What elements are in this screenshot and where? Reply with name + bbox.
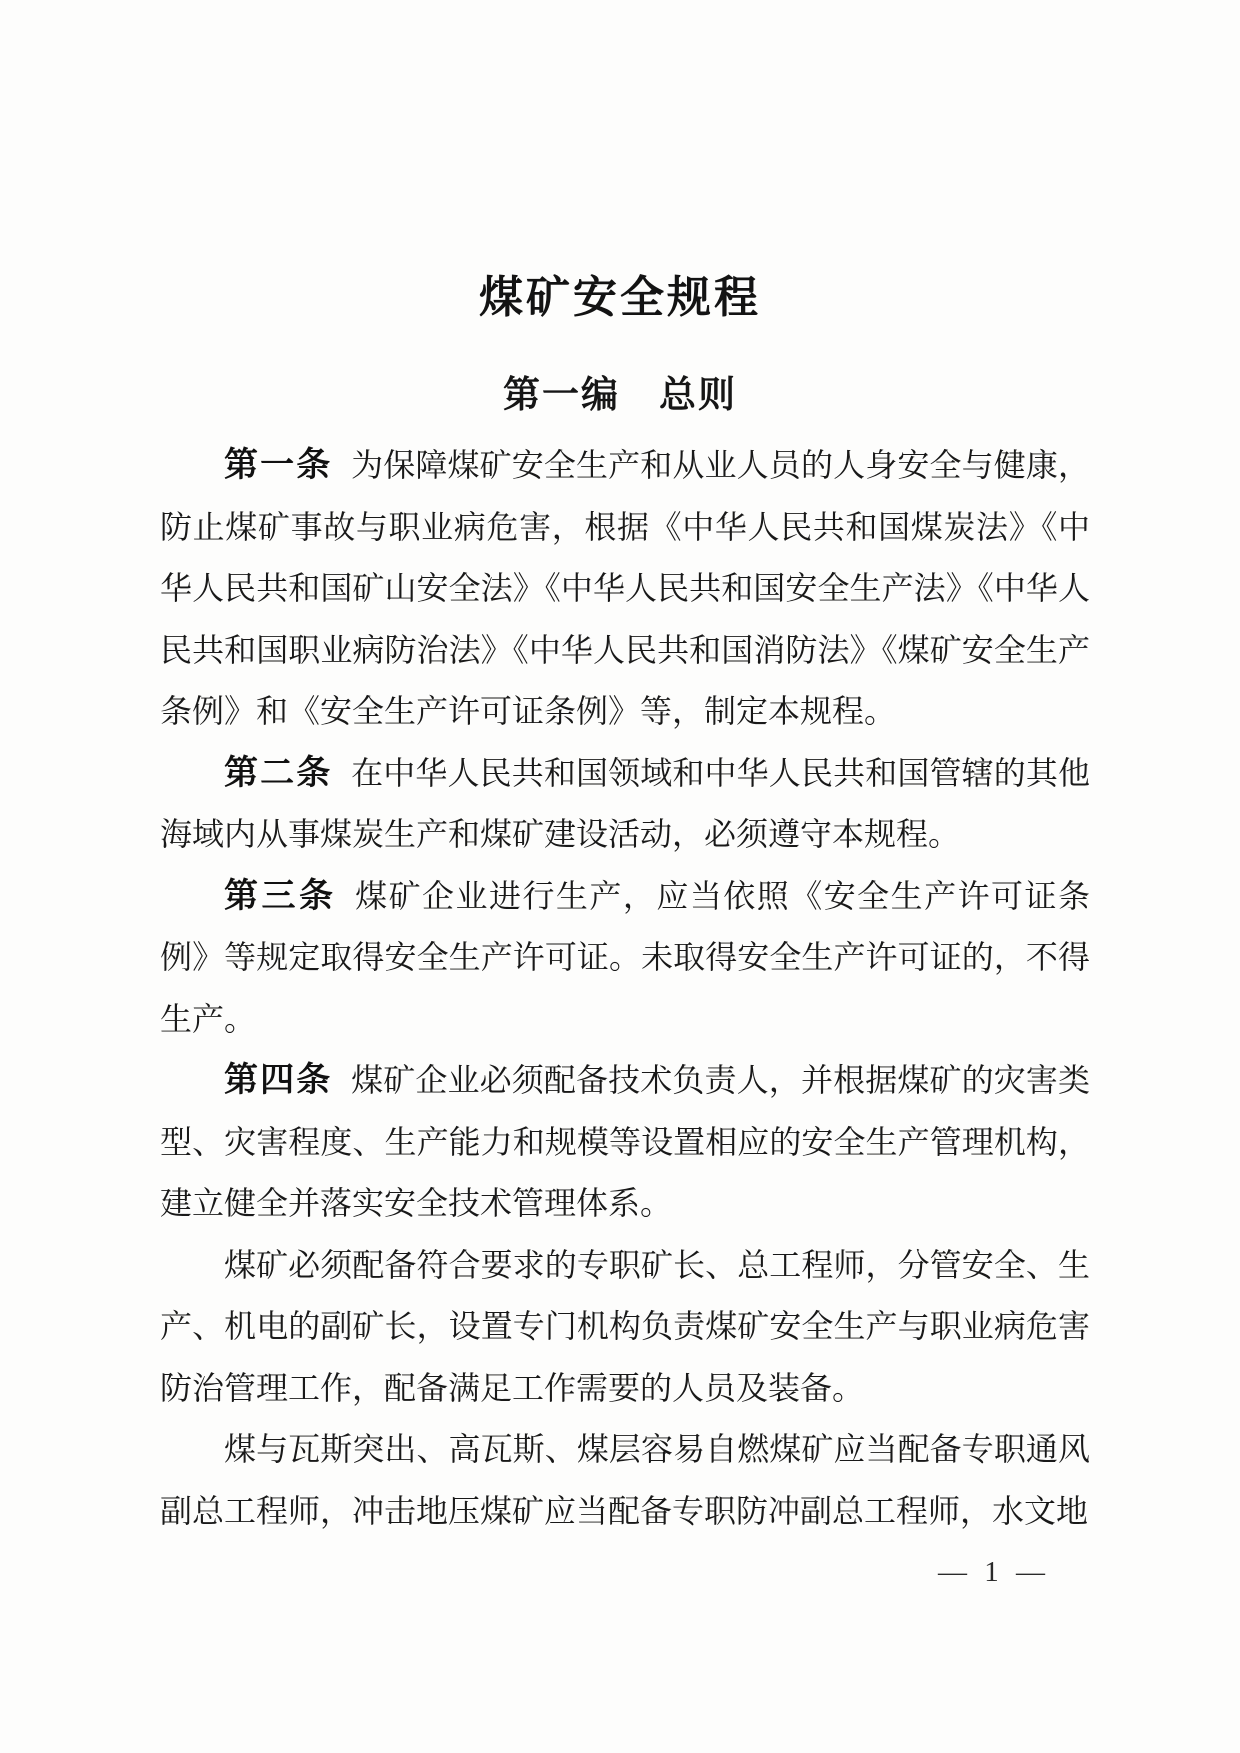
article-number: 第二条 (224, 754, 332, 792)
article-paragraph-4: 第四条煤矿企业必须配备技术负责人，并根据煤矿的灾害类型、灾害程度、生产能力和规模… (160, 1050, 1090, 1235)
section-heading: 第一编 总则 (0, 320, 1240, 413)
article-text: 为保障煤矿安全生产和从业人员的人身安全与健康，防止煤矿事故与职业病危害，根据《中… (160, 447, 1090, 729)
article-paragraph-2: 第二条在中华人民共和国领域和中华人民共和国管辖的其他海域内从事煤炭生产和煤矿建设… (160, 743, 1090, 866)
article-text: 煤与瓦斯突出、高瓦斯、煤层容易自燃煤矿应当配备专职通风副总工程师，冲击地压煤矿应… (160, 1431, 1090, 1529)
document-title: 煤矿安全规程 (0, 0, 1240, 320)
page-number: — 1 — (938, 1556, 1050, 1589)
article-paragraph-5: 煤矿必须配备符合要求的专职矿长、总工程师，分管安全、生产、机电的副矿长，设置专门… (160, 1235, 1090, 1420)
document-page: 煤矿安全规程 第一编 总则 第一条为保障煤矿安全生产和从业人员的人身安全与健康，… (0, 0, 1240, 1753)
article-text: 煤矿必须配备符合要求的专职矿长、总工程师，分管安全、生产、机电的副矿长，设置专门… (160, 1247, 1090, 1406)
article-number: 第三条 (224, 877, 336, 915)
article-paragraph-1: 第一条为保障煤矿安全生产和从业人员的人身安全与健康，防止煤矿事故与职业病危害，根… (160, 435, 1090, 743)
article-number: 第一条 (224, 446, 332, 484)
article-number: 第四条 (224, 1061, 332, 1099)
article-paragraph-3: 第三条煤矿企业进行生产，应当依照《安全生产许可证条例》等规定取得安全生产许可证。… (160, 866, 1090, 1051)
document-body: 第一条为保障煤矿安全生产和从业人员的人身安全与健康，防止煤矿事故与职业病危害，根… (160, 435, 1090, 1542)
article-paragraph-6: 煤与瓦斯突出、高瓦斯、煤层容易自燃煤矿应当配备专职通风副总工程师，冲击地压煤矿应… (160, 1419, 1090, 1542)
